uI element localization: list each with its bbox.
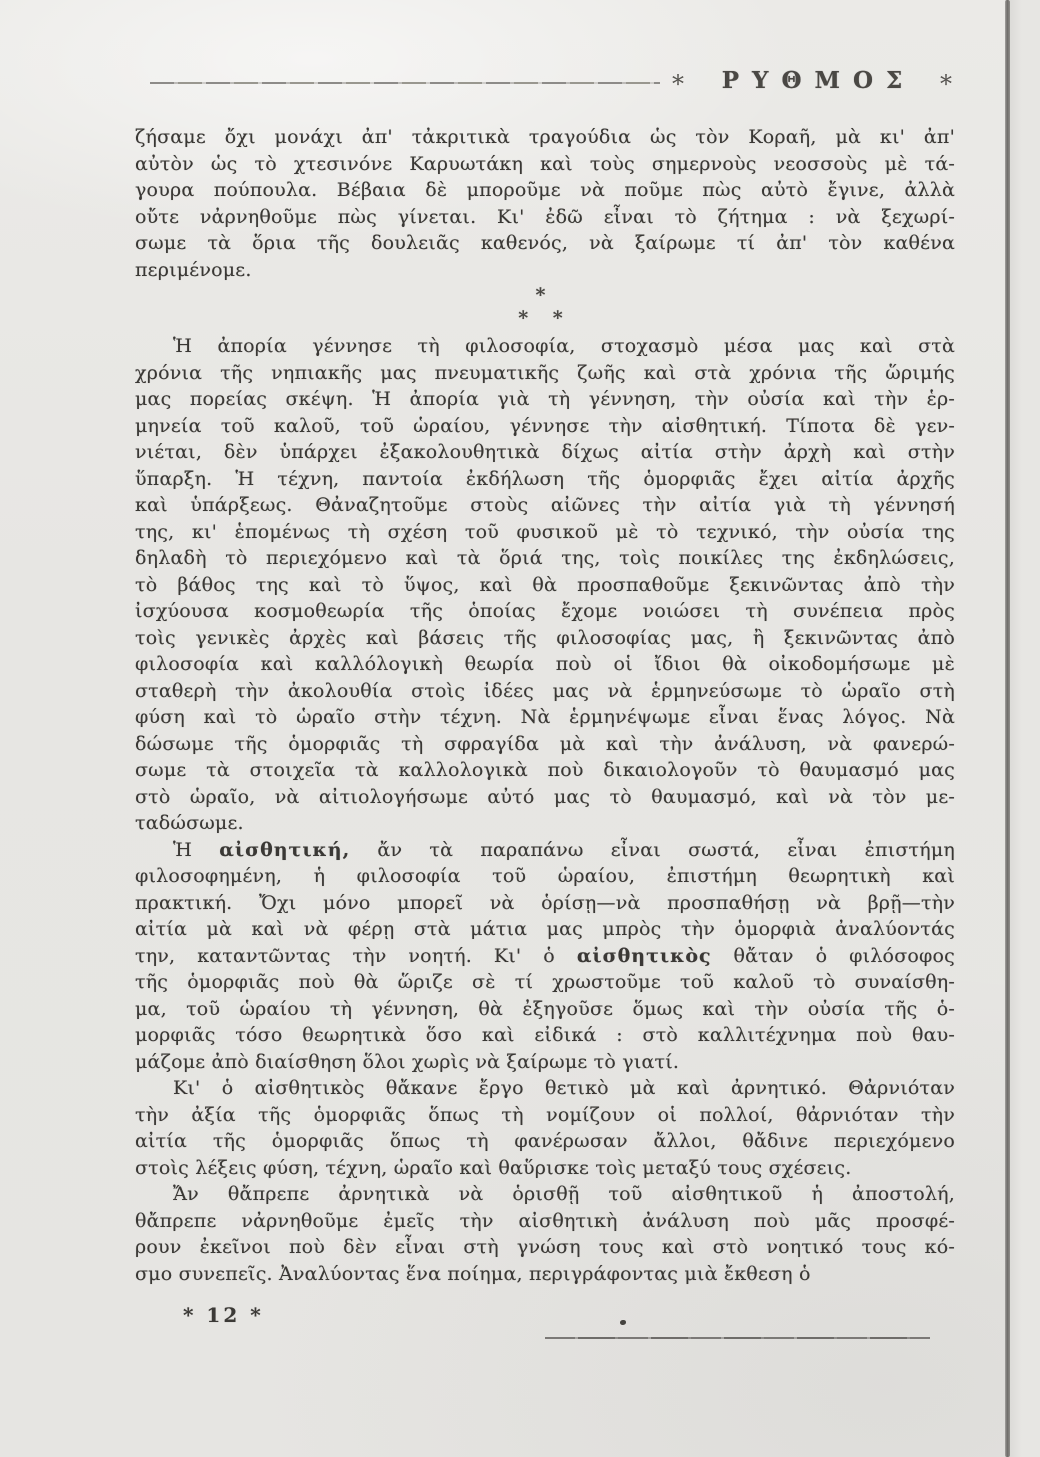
text-line: στὸ ὡραῖο, νὰ αἰτιολογήσωμε αὐτό μας τὸ … (135, 784, 955, 811)
text-line: Ἡ ἀπορία γέννησε τὴ φιλοσοφία, στοχασμὸ … (135, 333, 955, 360)
text-segment: θἄταν ὁ φιλόσοφος (712, 945, 955, 967)
text-line: μάζομε ἀπὸ διαίσθηση ὅλοι χωρὶς νὰ ξαίρω… (135, 1049, 955, 1076)
text-segment: μα, τοῦ ὡραίου τὴ γέννηση, θὰ ἐξηγοῦσε ὅ… (135, 998, 955, 1020)
text-line: τοὶς γενικὲς ἀρχὲς καὶ βάσεις τῆς φιλοσο… (135, 625, 955, 652)
text-line: νιέται, δὲν ὑπάρχει ἐξακολουθητικὰ δίχως… (135, 439, 955, 466)
scan-right-margin (1010, 0, 1040, 1457)
text-segment: σωμε τὰ ὅρια τῆς δουλειᾶς καθενός, νὰ ξα… (135, 232, 955, 254)
text-line: χρόνια τῆς νηπιακῆς μας πνευματικῆς ζωῆς… (135, 360, 955, 387)
text-segment: καὶ ὑπάρξεως. Θἀναζητοῦμε στοὺς αἰῶνες τ… (135, 494, 955, 516)
text-line: στοὶς λέξεις φύση, τέχνη, ὡραῖο καὶ θαὕρ… (135, 1155, 955, 1182)
text-line: γουρα πούπουλα. Βέβαια δὲ μποροῦμε νὰ πο… (135, 177, 955, 204)
paragraph: Ἡ αἰσθητική, ἄν τὰ παραπάνω εἶναι σωστά,… (135, 837, 955, 1076)
paragraph: ζήσαμε ὄχι μονάχι ἀπ' τἀκριτικὰ τραγούδι… (135, 124, 955, 283)
text-line: τὸ βάθος της καὶ τὸ ὕψος, καὶ θὰ προσπαθ… (135, 572, 955, 599)
paragraph: Ἄν θἄπρεπε ἀρνητικὰ νὰ ὁρισθῇ τοῦ αἰσθητ… (135, 1181, 955, 1287)
asterisk-ornament-right: * (940, 70, 952, 98)
text-segment: σμο συνεπεῖς. Ἀναλύοντας ἕνα ποίημα, περ… (135, 1263, 811, 1285)
text-line: θἄπρεπε νἀρνηθοῦμε ἐμεῖς τὴν αἰσθητικὴ ἀ… (135, 1208, 955, 1235)
footer-rule (545, 1337, 930, 1339)
text-segment: ὕπαρξη. Ἡ τέχνη, παντοία ἐκδήλωση τῆς ὁμ… (135, 468, 955, 490)
text-segment: μορφιᾶς τόσο θεωρητικὰ ὅσο καὶ εἰδικά : … (135, 1024, 955, 1046)
text-line: ὕπαρξη. Ἡ τέχνη, παντοία ἐκδήλωση τῆς ὁμ… (135, 466, 955, 493)
asterisk-ornament-left: * (672, 70, 684, 98)
text-line: φύση καὶ τὸ ὡραῖο στὴν τέχνη. Νὰ ἑρμηνέψ… (135, 704, 955, 731)
text-line: τῆς ὁμορφιᾶς ποὺ θὰ ὥριζε σὲ τί χρωστοῦμ… (135, 969, 955, 996)
text-segment: τὸ βάθος της καὶ τὸ ὕψος, καὶ θὰ προσπαθ… (135, 574, 955, 596)
text-segment: περιμένομε. (135, 259, 252, 281)
text-line: φιλοσοφία καὶ καλλόλογικὴ θεωρία ποὺ οἱ … (135, 651, 955, 678)
text-line: καὶ ὑπάρξεως. Θἀναζητοῦμε στοὺς αἰῶνες τ… (135, 492, 955, 519)
text-line: μηνεία τοῦ καλοῦ, τοῦ ὡραίου, γέννησε τὴ… (135, 413, 955, 440)
text-segment: τοὶς γενικὲς ἀρχὲς καὶ βάσεις τῆς φιλοσο… (135, 627, 955, 649)
text-segment: Ἡ (173, 839, 219, 861)
scanned-page: * ΡΥΘΜΟΣ * ζήσαμε ὄχι μονάχι ἀπ' τἀκριτι… (0, 0, 1040, 1457)
text-segment: στὸ ὡραῖο, νὰ αἰτιολογήσωμε αὐτό μας τὸ … (135, 786, 955, 808)
paragraph: Ἡ ἀπορία γέννησε τὴ φιλοσοφία, στοχασμὸ … (135, 333, 955, 837)
ink-dot (620, 1320, 626, 1325)
text-segment: οὔτε νἀρνηθοῦμε πὼς γίνεται. Κι' ἐδῶ εἶν… (135, 206, 955, 228)
body-text: ζήσαμε ὄχι μονάχι ἀπ' τἀκριτικὰ τραγούδι… (135, 124, 955, 1287)
text-segment: ἰσχύουσα κοσμοθεωρία τῆς ὁποίας ἔχομε νο… (135, 600, 955, 622)
text-line: αὐτὸν ὡς τὸ χτεσινόνε Καρυωτάκη καὶ τοὺς… (135, 151, 955, 178)
text-segment: αἰτία τῆς ὁμορφιᾶς ὅπως τὴ φανέρωσαν ἄλλ… (135, 1130, 955, 1152)
text-segment: την, καταντῶντας τὴν νοητή. Κι' ὁ (135, 945, 577, 967)
text-segment: της, κι' ἑπομένως τὴ σχέση τοῦ φυσικοῦ μ… (135, 521, 955, 543)
text-segment: ταδώσωμε. (135, 812, 244, 834)
text-segment: φύση καὶ τὸ ὡραῖο στὴν τέχνη. Νὰ ἑρμηνέψ… (135, 706, 955, 728)
text-line: ζήσαμε ὄχι μονάχι ἀπ' τἀκριτικὰ τραγούδι… (135, 124, 955, 151)
text-line: περιμένομε. (135, 257, 955, 284)
text-segment: ἄν τὰ παραπάνω εἶναι σωστά, εἶναι ἐπιστή… (350, 839, 955, 861)
text-line: ρουν ἐκεῖνοι ποὺ δὲν εἶναι στὴ γνώση του… (135, 1234, 955, 1261)
text-line: πρακτική. Ὄχι μόνο μπορεῖ νὰ ὁρίσῃ—νὰ πρ… (135, 890, 955, 917)
text-segment: μάζομε ἀπὸ διαίσθηση ὅλοι χωρὶς νὰ ξαίρω… (135, 1051, 679, 1073)
journal-title: * ΡΥΘΜΟΣ * (672, 64, 952, 96)
text-segment: αὐτὸν ὡς τὸ χτεσινόνε Καρυωτάκη καὶ τοὺς… (135, 153, 955, 175)
text-line: τὴν ἀξία τῆς ὁμορφιᾶς ὅπως τὴ νομίζουν ο… (135, 1102, 955, 1129)
text-line: μα, τοῦ ὡραίου τὴ γέννηση, θὰ ἐξηγοῦσε ὅ… (135, 996, 955, 1023)
section-divider: ** * (135, 283, 955, 333)
text-line: αἰτία μὰ καὶ νὰ φέρῃ στὰ μάτια μας μπρὸς… (135, 916, 955, 943)
text-segment: τῆς ὁμορφιᾶς ποὺ θὰ ὥριζε σὲ τί χρωστοῦμ… (135, 971, 955, 993)
text-segment: Κι' ὁ αἰσθητικὸς θἄκανε ἔργο θετικὸ μὰ κ… (173, 1077, 955, 1099)
text-line: δώσωμε τῆς ὁμορφιᾶς τὴ σφραγίδα μὰ καὶ τ… (135, 731, 955, 758)
text-segment: ζήσαμε ὄχι μονάχι ἀπ' τἀκριτικὰ τραγούδι… (135, 126, 955, 148)
text-segment: φιλοσοφία καὶ καλλόλογικὴ θεωρία ποὺ οἱ … (135, 653, 955, 675)
text-segment: φιλοσοφημένη, ἡ φιλοσοφία τοῦ ὡραίου, ἐπ… (135, 865, 955, 887)
text-line: Κι' ὁ αἰσθητικὸς θἄκανε ἔργο θετικὸ μὰ κ… (135, 1075, 955, 1102)
text-segment: δηλαδὴ τὸ περιεχόμενο καὶ τὰ ὅριά της, τ… (135, 547, 955, 569)
text-segment: αἰτία μὰ καὶ νὰ φέρῃ στὰ μάτια μας μπρὸς… (135, 918, 955, 940)
page-number: * 12 * (183, 1303, 264, 1327)
emphasized-text: αἰσθητική, (219, 839, 350, 861)
emphasized-text: αἰσθητικὸς (577, 945, 712, 967)
text-segment: ρουν ἐκεῖνοι ποὺ δὲν εἶναι στὴ γνώση του… (135, 1236, 955, 1258)
text-line: σταθερὴ τὴν ἀκολουθία στοὶς ἰδέες μας νὰ… (135, 678, 955, 705)
paragraph: Κι' ὁ αἰσθητικὸς θἄκανε ἔργο θετικὸ μὰ κ… (135, 1075, 955, 1181)
text-segment: μηνεία τοῦ καλοῦ, τοῦ ὡραίου, γέννησε τὴ… (135, 415, 955, 437)
asterisk-ornament: * (135, 285, 955, 308)
text-line: οὔτε νἀρνηθοῦμε πὼς γίνεται. Κι' ἐδῶ εἶν… (135, 204, 955, 231)
text-segment: χρόνια τῆς νηπιακῆς μας πνευματικῆς ζωῆς… (135, 362, 955, 384)
text-line: σωμε τὰ ὅρια τῆς δουλειᾶς καθενός, νὰ ξα… (135, 230, 955, 257)
text-line: την, καταντῶντας τὴν νοητή. Κι' ὁ αἰσθητ… (135, 943, 955, 970)
scan-edge-line (1005, 0, 1010, 1457)
header-rule (150, 82, 660, 84)
text-segment: τὴν ἀξία τῆς ὁμορφιᾶς ὅπως τὴ νομίζουν ο… (135, 1104, 955, 1126)
text-line: ἰσχύουσα κοσμοθεωρία τῆς ὁποίας ἔχομε νο… (135, 598, 955, 625)
text-line: Ἄν θἄπρεπε ἀρνητικὰ νὰ ὁρισθῇ τοῦ αἰσθητ… (135, 1181, 955, 1208)
text-segment: γουρα πούπουλα. Βέβαια δὲ μποροῦμε νὰ πο… (135, 179, 955, 201)
text-line: αἰτία τῆς ὁμορφιᾶς ὅπως τὴ φανέρωσαν ἄλλ… (135, 1128, 955, 1155)
text-segment: νιέται, δὲν ὑπάρχει ἐξακολουθητικὰ δίχως… (135, 441, 955, 463)
text-segment: μας πορείας σκέψη. Ἡ ἀπορία γιὰ τὴ γέννη… (135, 388, 955, 410)
text-segment: σωμε τὰ στοιχεῖα τὰ καλλολογικὰ ποὺ δικα… (135, 759, 955, 781)
text-line: Ἡ αἰσθητική, ἄν τὰ παραπάνω εἶναι σωστά,… (135, 837, 955, 864)
text-line: σωμε τὰ στοιχεῖα τὰ καλλολογικὰ ποὺ δικα… (135, 757, 955, 784)
text-line: σμο συνεπεῖς. Ἀναλύοντας ἕνα ποίημα, περ… (135, 1261, 955, 1288)
text-segment: θἄπρεπε νἀρνηθοῦμε ἐμεῖς τὴν αἰσθητικὴ ἀ… (135, 1210, 955, 1232)
text-segment: Ἡ ἀπορία γέννησε τὴ φιλοσοφία, στοχασμὸ … (173, 335, 955, 357)
asterisk-ornament: * * (135, 308, 955, 331)
text-segment: σταθερὴ τὴν ἀκολουθία στοὶς ἰδέες μας νὰ… (135, 680, 955, 702)
text-line: της, κι' ἑπομένως τὴ σχέση τοῦ φυσικοῦ μ… (135, 519, 955, 546)
text-line: μορφιᾶς τόσο θεωρητικὰ ὅσο καὶ εἰδικά : … (135, 1022, 955, 1049)
text-line: ταδώσωμε. (135, 810, 955, 837)
text-segment: πρακτική. Ὄχι μόνο μπορεῖ νὰ ὁρίσῃ—νὰ πρ… (135, 892, 955, 914)
text-line: μας πορείας σκέψη. Ἡ ἀπορία γιὰ τὴ γέννη… (135, 386, 955, 413)
text-line: δηλαδὴ τὸ περιεχόμενο καὶ τὰ ὅριά της, τ… (135, 545, 955, 572)
text-segment: δώσωμε τῆς ὁμορφιᾶς τὴ σφραγίδα μὰ καὶ τ… (135, 733, 955, 755)
text-line: φιλοσοφημένη, ἡ φιλοσοφία τοῦ ὡραίου, ἐπ… (135, 863, 955, 890)
text-segment: Ἄν θἄπρεπε ἀρνητικὰ νὰ ὁρισθῇ τοῦ αἰσθητ… (173, 1183, 955, 1205)
journal-name: ΡΥΘΜΟΣ (722, 67, 916, 94)
text-segment: στοὶς λέξεις φύση, τέχνη, ὡραῖο καὶ θαὕρ… (135, 1157, 851, 1179)
